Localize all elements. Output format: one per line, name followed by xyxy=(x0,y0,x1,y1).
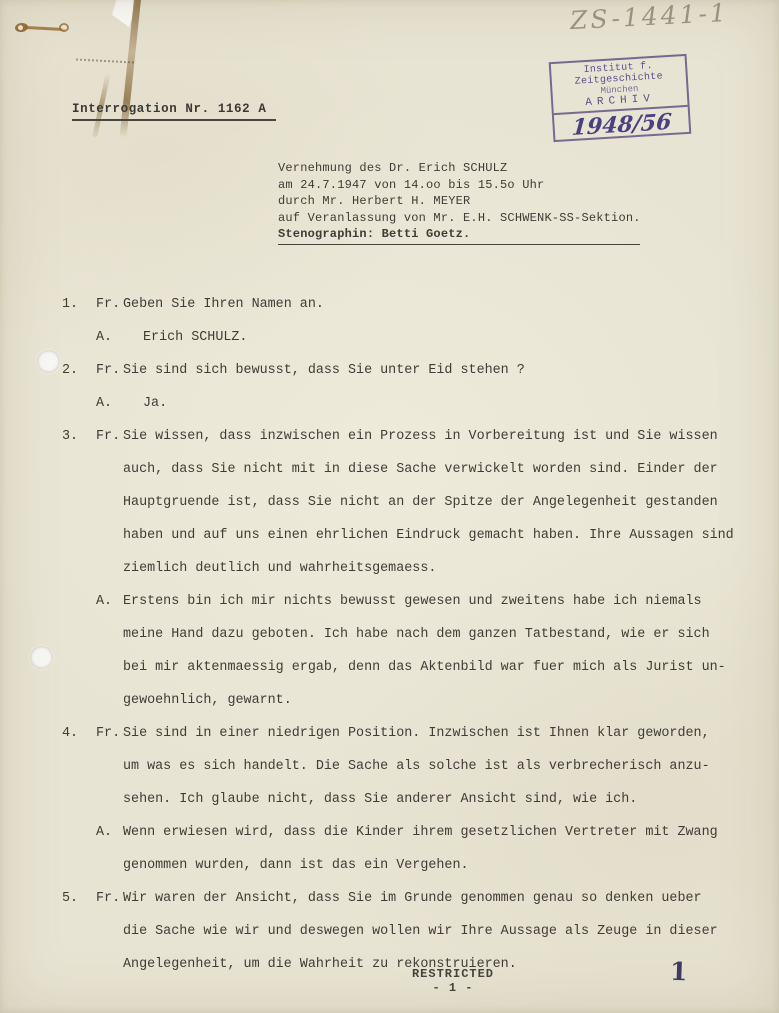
question-number: 5. xyxy=(62,882,96,915)
question-number: 2. xyxy=(62,354,96,387)
answer-line: bei mir aktenmaessig ergab, denn das Akt… xyxy=(123,651,757,684)
qa-list: 1.Fr.Geben Sie Ihren Namen an.A.Erich SC… xyxy=(62,288,757,981)
answer-text: Wenn erwiesen wird, dass die Kinder ihre… xyxy=(123,816,757,882)
hole-punch-bottom xyxy=(30,646,53,669)
header-line-stenographer: Stenographin: Betti Goetz. xyxy=(278,226,640,245)
footer-block: RESTRICTED - 1 - xyxy=(373,967,533,995)
archive-stamp: Institut f. Zeitgeschichte München ARCHI… xyxy=(549,54,692,142)
answer-text: Ja. xyxy=(123,387,757,420)
question-line: ziemlich deutlich und wahrheitsgemaess. xyxy=(123,552,757,585)
question-text: Sie wissen, dass inzwischen ein Prozess … xyxy=(123,420,757,585)
question-line: haben und auf uns einen ehrlichen Eindru… xyxy=(123,519,757,552)
question-line: Sie sind sich bewusst, dass Sie unter Ei… xyxy=(123,354,757,387)
question-text: Geben Sie Ihren Namen an. xyxy=(123,288,757,321)
question-text: Sie sind in einer niedrigen Position. In… xyxy=(123,717,757,816)
question-label: Fr. xyxy=(96,882,123,915)
question-number: 3. xyxy=(62,420,96,453)
qa-item: 3.Fr.Sie wissen, dass inzwischen ein Pro… xyxy=(62,420,757,717)
answer-text: Erich SCHULZ. xyxy=(123,321,757,354)
question-line: Hauptgruende ist, dass Sie nicht an der … xyxy=(123,486,757,519)
paper-speckles xyxy=(76,58,134,63)
answer-line: Erich SCHULZ. xyxy=(143,321,757,354)
question-row: 3.Fr.Sie wissen, dass inzwischen ein Pro… xyxy=(62,420,757,585)
archive-number-handwritten: ZS-1441-1 xyxy=(569,0,729,35)
hole-punch-top xyxy=(37,350,60,373)
answer-line: genommen wurden, dann ist das ein Vergeh… xyxy=(123,849,757,882)
question-label: Fr. xyxy=(96,420,123,453)
header-line: auf Veranlassung von Mr. E.H. SCHWENK-SS… xyxy=(278,210,641,227)
question-line: sehen. Ich glaube nicht, dass Sie andere… xyxy=(123,783,757,816)
answer-label: A. xyxy=(96,387,123,420)
document-title: Interrogation Nr. 1162 A xyxy=(72,102,276,121)
question-row: 4.Fr.Sie sind in einer niedrigen Positio… xyxy=(62,717,757,816)
answer-label: A. xyxy=(96,321,123,354)
answer-text: Erstens bin ich mir nichts bewusst gewes… xyxy=(123,585,757,717)
qa-item: 4.Fr.Sie sind in einer niedrigen Positio… xyxy=(62,717,757,882)
question-line: die Sache wie wir und deswegen wollen wi… xyxy=(123,915,757,948)
qa-item: 2.Fr.Sie sind sich bewusst, dass Sie unt… xyxy=(62,354,757,420)
question-label: Fr. xyxy=(96,354,123,387)
header-block: Vernehmung des Dr. Erich SCHULZ am 24.7.… xyxy=(278,160,641,245)
answer-row: A.Erstens bin ich mir nichts bewusst gew… xyxy=(62,585,757,717)
answer-line: meine Hand dazu geboten. Ich habe nach d… xyxy=(123,618,757,651)
answer-line: Ja. xyxy=(143,387,757,420)
question-number: 1. xyxy=(62,288,96,321)
question-row: 1.Fr.Geben Sie Ihren Namen an. xyxy=(62,288,757,321)
header-line: durch Mr. Herbert H. MEYER xyxy=(278,193,641,210)
answer-label: A. xyxy=(96,585,123,618)
header-line: Vernehmung des Dr. Erich SCHULZ xyxy=(278,160,641,177)
question-label: Fr. xyxy=(96,288,123,321)
question-line: Sie sind in einer niedrigen Position. In… xyxy=(123,717,757,750)
question-line: Wir waren der Ansicht, dass Sie im Grund… xyxy=(123,882,757,915)
footer-page-marker: - 1 - xyxy=(373,981,533,995)
question-line: Sie wissen, dass inzwischen ein Prozess … xyxy=(123,420,757,453)
qa-item: 1.Fr.Geben Sie Ihren Namen an.A.Erich SC… xyxy=(62,288,757,354)
answer-line: gewoehnlich, gewarnt. xyxy=(123,684,757,717)
handwritten-page-number: 1 xyxy=(669,957,687,987)
question-label: Fr. xyxy=(96,717,123,750)
question-number: 4. xyxy=(62,717,96,750)
rust-staple-mark xyxy=(59,23,69,32)
question-row: 2.Fr.Sie sind sich bewusst, dass Sie unt… xyxy=(62,354,757,387)
question-line: auch, dass Sie nicht mit in diese Sache … xyxy=(123,453,757,486)
answer-line: Wenn erwiesen wird, dass die Kinder ihre… xyxy=(123,816,757,849)
header-line: am 24.7.1947 von 14.oo bis 15.5o Uhr xyxy=(278,177,641,194)
answer-row: A.Wenn erwiesen wird, dass die Kinder ih… xyxy=(62,816,757,882)
document-page: { "annotations": { "archive_number": "ZS… xyxy=(0,0,779,1013)
answer-row: A.Ja. xyxy=(62,387,757,420)
question-line: Geben Sie Ihren Namen an. xyxy=(123,288,757,321)
answer-row: A.Erich SCHULZ. xyxy=(62,321,757,354)
answer-label: A. xyxy=(96,816,123,849)
footer-classification: RESTRICTED xyxy=(373,967,533,981)
answer-line: Erstens bin ich mir nichts bewusst gewes… xyxy=(123,585,757,618)
question-line: um was es sich handelt. Die Sache als so… xyxy=(123,750,757,783)
question-text: Sie sind sich bewusst, dass Sie unter Ei… xyxy=(123,354,757,387)
